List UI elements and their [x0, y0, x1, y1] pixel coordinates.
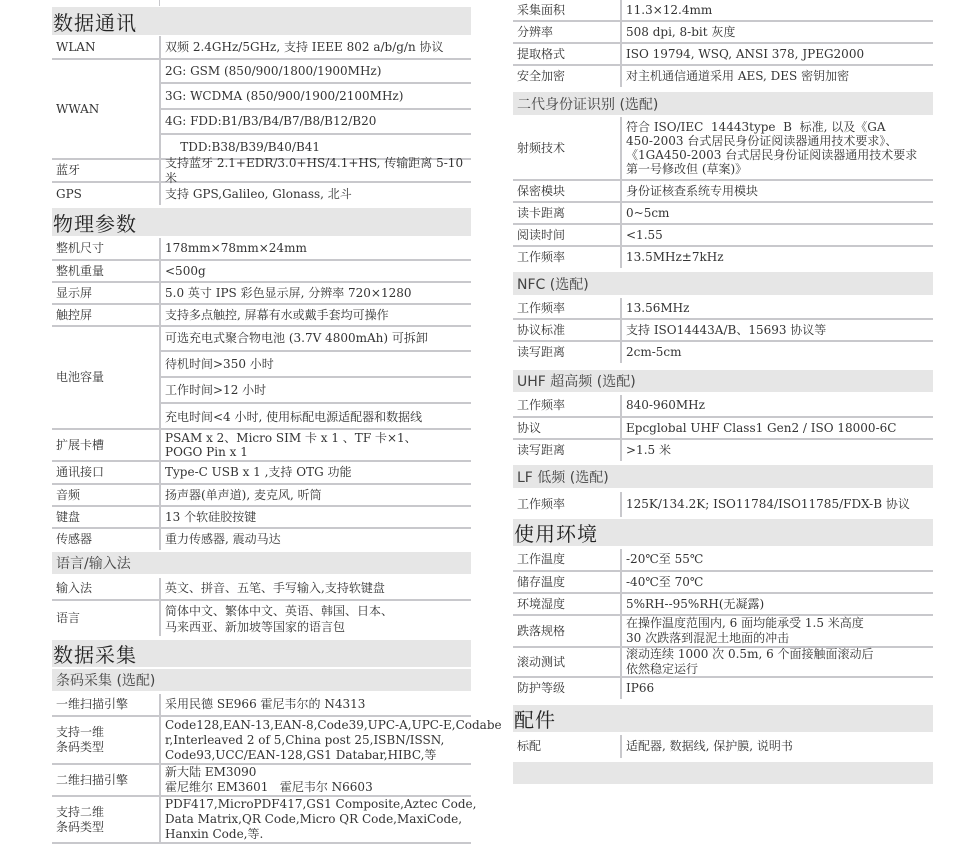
row-label: 阅读时间: [513, 225, 620, 245]
table-row: 二维扫描引擎 新大陆 EM3090 霍尼维尔 EM3601 霍尼韦尔 N6603: [52, 765, 471, 797]
row-label: 储存温度: [513, 572, 620, 592]
table-row: 蓝牙 支持蓝牙 2.1+EDR/3.0+HS/4.1+HS, 传输距离 5-10…: [52, 160, 471, 183]
row-label: 传感器: [52, 529, 159, 550]
row-value: 508 dpi, 8-bit 灰度: [620, 22, 933, 42]
row-label: 整机尺寸: [52, 238, 159, 259]
table-row: 保密模块 身份证核查系统专用模块: [513, 181, 933, 203]
physical-table: 整机尺寸 178mm×78mm×24mm 整机重量 <500g 显示屏 5.0 …: [52, 238, 471, 550]
row-value: 在操作温度范围内, 6 面均能承受 1.5 米高度 30 次跌落到混泥土地面的冲…: [620, 616, 933, 646]
row-label: 协议标准: [513, 320, 620, 340]
table-row: 扩展卡槽 PSAM x 2、Micro SIM 卡 x 1 、TF 卡×1、 P…: [52, 430, 471, 462]
table-row: 标配 适配器, 数据线, 保护膜, 说明书: [513, 735, 933, 758]
section-subtitle-barcode: 条码采集 (选配): [52, 669, 471, 691]
row-value: 双频 2.4GHz/5GHz, 支持 IEEE 802 a/b/g/n 协议: [159, 36, 471, 58]
row-value: -40℃至 70℃: [620, 572, 933, 592]
row-label: 工作频率: [513, 247, 620, 268]
value-line: 工作时间>12 小时: [161, 378, 471, 404]
section-subtitle-uhf: UHF 超高频 (选配): [513, 370, 933, 392]
row-label: 扩展卡槽: [52, 430, 159, 460]
footer-band: [513, 762, 933, 784]
row-label: 工作频率: [513, 395, 620, 416]
row-value: 125K/134.2K; ISO11784/ISO11785/FDX-B 协议: [620, 492, 933, 517]
table-row: 语言 简体中文、繁体中文、英语、韩国、日本、 马来西亚、新加坡等国家的语言包: [52, 601, 471, 636]
table-row: 整机尺寸 178mm×78mm×24mm: [52, 238, 471, 261]
row-value: 对主机通信通道采用 AES, DES 密钥加密: [620, 66, 933, 87]
row-value: -20℃至 55℃: [620, 549, 933, 570]
row-label: 跌落规格: [513, 616, 620, 646]
nfc-table: 工作频率 13.56MHz 协议标准 支持 ISO14443A/B、15693 …: [513, 298, 933, 363]
row-label: 安全加密: [513, 66, 620, 87]
row-label: WWAN: [52, 60, 159, 158]
section-title-data-comm: 数据通讯: [52, 7, 471, 35]
row-value: 11.3×12.4mm: [620, 0, 933, 20]
table-row: 工作频率 840-960MHz: [513, 395, 933, 418]
row-value: 840-960MHz: [620, 395, 933, 416]
row-label: 语言: [52, 601, 159, 636]
row-label: 读写距离: [513, 342, 620, 363]
value-line: 3G: WCDMA (850/900/1900/2100MHz): [161, 84, 471, 110]
row-value: IP66: [620, 678, 933, 699]
table-row: 读写距离 2cm-5cm: [513, 342, 933, 363]
data-comm-table: WLAN 双频 2.4GHz/5GHz, 支持 IEEE 802 a/b/g/n…: [52, 36, 471, 205]
section-title-physical: 物理参数: [52, 208, 471, 236]
row-value: 适配器, 数据线, 保护膜, 说明书: [620, 735, 933, 758]
table-row: 分辨率 508 dpi, 8-bit 灰度: [513, 22, 933, 44]
row-label: 标配: [513, 735, 620, 758]
row-label: 采集面积: [513, 0, 620, 20]
row-value: PSAM x 2、Micro SIM 卡 x 1 、TF 卡×1、 POGO P…: [159, 430, 471, 460]
table-row: 显示屏 5.0 英寸 IPS 彩色显示屏, 分辨率 720×1280: [52, 283, 471, 305]
table-row: WWAN 2G: GSM (850/900/1800/1900MHz) 3G: …: [52, 60, 471, 160]
table-row: 工作频率 125K/134.2K; ISO11784/ISO11785/FDX-…: [513, 492, 933, 517]
table-row: GPS 支持 GPS,Galileo, Glonass, 北斗: [52, 183, 471, 205]
row-value-group: 可选充电式聚合物电池 (3.7V 4800mAh) 可拆卸 待机时间>350 小…: [159, 327, 471, 428]
row-label: 工作频率: [513, 298, 620, 318]
fingerprint-table: 采集面积 11.3×12.4mm 分辨率 508 dpi, 8-bit 灰度 提…: [513, 0, 933, 87]
row-label: 键盘: [52, 507, 159, 527]
row-value: 13.5MHz±7kHz: [620, 247, 933, 268]
section-subtitle-language: 语言/输入法: [52, 552, 471, 574]
row-label: 触控屏: [52, 305, 159, 325]
section-title-data-capture: 数据采集: [52, 640, 471, 667]
table-row: 整机重量 <500g: [52, 261, 471, 283]
row-label: WLAN: [52, 36, 159, 58]
row-label: 电池容量: [52, 327, 159, 428]
row-label: 工作温度: [513, 549, 620, 570]
table-row: 协议 Epcglobal UHF Class1 Gen2 / ISO 18000…: [513, 418, 933, 440]
row-label: 提取格式: [513, 44, 620, 64]
row-value: 支持多点触控, 屏幕有水或戴手套均可操作: [159, 305, 471, 325]
section-title-accessories: 配件: [513, 705, 933, 732]
row-value: 采用民德 SE966 霍尼韦尔的 N4313: [159, 694, 471, 715]
row-label: 蓝牙: [52, 160, 159, 181]
row-label: 工作频率: [513, 492, 620, 517]
row-value: Type-C USB x 1 ,支持 OTG 功能: [159, 462, 471, 483]
section-title-environment: 使用环境: [513, 519, 933, 546]
divider: [159, 0, 160, 6]
row-value-group: 2G: GSM (850/900/1800/1900MHz) 3G: WCDMA…: [159, 60, 471, 158]
id-card-table: 射频技术 符合 ISO/IEC 14443type B 标准, 以及《GA 45…: [513, 117, 933, 268]
row-value: Code128,EAN-13,EAN-8,Code39,UPC-A,UPC-E,…: [159, 717, 502, 763]
row-value: 符合 ISO/IEC 14443type B 标准, 以及《GA 450-200…: [620, 117, 933, 179]
row-value: 支持蓝牙 2.1+EDR/3.0+HS/4.1+HS, 传输距离 5-10 米: [159, 160, 471, 181]
row-label: 支持二维 条码类型: [52, 797, 159, 842]
row-label: 整机重量: [52, 261, 159, 281]
table-row: 工作频率 13.5MHz±7kHz: [513, 247, 933, 268]
barcode-table: 一维扫描引擎 采用民德 SE966 霍尼韦尔的 N4313 支持一维 条码类型 …: [52, 694, 471, 844]
row-label: 一维扫描引擎: [52, 694, 159, 715]
row-value: 5.0 英寸 IPS 彩色显示屏, 分辨率 720×1280: [159, 283, 471, 303]
row-value: 支持 ISO14443A/B、15693 协议等: [620, 320, 933, 340]
row-label: 支持一维 条码类型: [52, 717, 159, 763]
table-row: WLAN 双频 2.4GHz/5GHz, 支持 IEEE 802 a/b/g/n…: [52, 36, 471, 60]
table-row: 阅读时间 <1.55: [513, 225, 933, 247]
row-value: 滚动连续 1000 次 0.5m, 6 个面接触面滚动后 依然稳定运行: [620, 648, 933, 676]
row-value: 2cm-5cm: [620, 342, 933, 363]
table-row: 键盘 13 个软硅胶按键: [52, 507, 471, 529]
table-row: 触控屏 支持多点触控, 屏幕有水或戴手套均可操作: [52, 305, 471, 327]
row-value: 扬声器(单声道), 麦克风, 听筒: [159, 485, 471, 505]
table-row: 工作频率 13.56MHz: [513, 298, 933, 320]
table-row: 储存温度 -40℃至 70℃: [513, 572, 933, 594]
value-line: 充电时间<4 小时, 使用标配电源适配器和数据线: [161, 404, 471, 430]
row-label: 防护等级: [513, 678, 620, 699]
table-row: 安全加密 对主机通信通道采用 AES, DES 密钥加密: [513, 66, 933, 87]
table-row: 通讯接口 Type-C USB x 1 ,支持 OTG 功能: [52, 462, 471, 485]
environment-table: 工作温度 -20℃至 55℃ 储存温度 -40℃至 70℃ 环境湿度 5%RH-…: [513, 549, 933, 699]
row-value: 新大陆 EM3090 霍尼维尔 EM3601 霍尼韦尔 N6603: [159, 765, 471, 795]
row-value: 178mm×78mm×24mm: [159, 238, 471, 259]
table-row: 提取格式 ISO 19794, WSQ, ANSI 378, JPEG2000: [513, 44, 933, 66]
row-value: >1.5 米: [620, 440, 933, 461]
lf-table: 工作频率 125K/134.2K; ISO11784/ISO11785/FDX-…: [513, 492, 933, 517]
table-row: 滚动测试 滚动连续 1000 次 0.5m, 6 个面接触面滚动后 依然稳定运行: [513, 648, 933, 678]
table-row: 电池容量 可选充电式聚合物电池 (3.7V 4800mAh) 可拆卸 待机时间>…: [52, 327, 471, 430]
table-row: 支持一维 条码类型 Code128,EAN-13,EAN-8,Code39,UP…: [52, 717, 471, 765]
row-label: 输入法: [52, 578, 159, 599]
row-value: <1.55: [620, 225, 933, 245]
row-value: 支持 GPS,Galileo, Glonass, 北斗: [159, 183, 471, 205]
row-label: 分辨率: [513, 22, 620, 42]
value-line: 可选充电式聚合物电池 (3.7V 4800mAh) 可拆卸: [161, 327, 471, 352]
table-row: 一维扫描引擎 采用民德 SE966 霍尼韦尔的 N4313: [52, 694, 471, 717]
table-row: 采集面积 11.3×12.4mm: [513, 0, 933, 22]
row-label: 二维扫描引擎: [52, 765, 159, 795]
table-row: 协议标准 支持 ISO14443A/B、15693 协议等: [513, 320, 933, 342]
row-label: 滚动测试: [513, 648, 620, 676]
value-line: 4G: FDD:B1/B3/B4/B7/B8/B12/B20: [161, 110, 471, 135]
section-subtitle-nfc: NFC (选配): [513, 272, 933, 295]
table-row: 读写距离 >1.5 米: [513, 440, 933, 461]
row-value: 英文、拼音、五笔、手写输入,支持软键盘: [159, 578, 471, 599]
section-subtitle-id-card: 二代身份证识别 (选配): [513, 92, 933, 115]
uhf-table: 工作频率 840-960MHz 协议 Epcglobal UHF Class1 …: [513, 395, 933, 461]
table-row: 射频技术 符合 ISO/IEC 14443type B 标准, 以及《GA 45…: [513, 117, 933, 181]
row-value: ISO 19794, WSQ, ANSI 378, JPEG2000: [620, 44, 933, 64]
row-label: 显示屏: [52, 283, 159, 303]
table-row: 输入法 英文、拼音、五笔、手写输入,支持软键盘: [52, 578, 471, 601]
table-row: 工作温度 -20℃至 55℃: [513, 549, 933, 572]
row-value: PDF417,MicroPDF417,GS1 Composite,Aztec C…: [159, 797, 476, 842]
row-label: 协议: [513, 418, 620, 438]
accessories-table: 标配 适配器, 数据线, 保护膜, 说明书: [513, 735, 933, 758]
row-value: 5%RH--95%RH(无凝露): [620, 594, 933, 614]
row-value: 0~5cm: [620, 203, 933, 223]
row-label: 读写距离: [513, 440, 620, 461]
row-label: 环境湿度: [513, 594, 620, 614]
language-table: 输入法 英文、拼音、五笔、手写输入,支持软键盘 语言 简体中文、繁体中文、英语、…: [52, 578, 471, 636]
row-value: 13.56MHz: [620, 298, 933, 318]
row-value: 重力传感器, 震动马达: [159, 529, 471, 550]
table-row: 传感器 重力传感器, 震动马达: [52, 529, 471, 550]
value-line: 待机时间>350 小时: [161, 352, 471, 378]
value-line: 2G: GSM (850/900/1800/1900MHz): [161, 60, 471, 84]
table-row: 防护等级 IP66: [513, 678, 933, 699]
table-row: 支持二维 条码类型 PDF417,MicroPDF417,GS1 Composi…: [52, 797, 471, 844]
row-value: 身份证核查系统专用模块: [620, 181, 933, 201]
row-label: 保密模块: [513, 181, 620, 201]
table-row: 音频 扬声器(单声道), 麦克风, 听筒: [52, 485, 471, 507]
row-label: 读卡距离: [513, 203, 620, 223]
section-subtitle-lf: LF 低频 (选配): [513, 465, 933, 488]
row-value: 简体中文、繁体中文、英语、韩国、日本、 马来西亚、新加坡等国家的语言包: [159, 601, 471, 636]
table-row: 环境湿度 5%RH--95%RH(无凝露): [513, 594, 933, 616]
table-row: 跌落规格 在操作温度范围内, 6 面均能承受 1.5 米高度 30 次跌落到混泥…: [513, 616, 933, 648]
row-label: 音频: [52, 485, 159, 505]
row-label: 射频技术: [513, 117, 620, 179]
table-row: 读卡距离 0~5cm: [513, 203, 933, 225]
row-label: 通讯接口: [52, 462, 159, 483]
row-value: 13 个软硅胶按键: [159, 507, 471, 527]
row-value: <500g: [159, 261, 471, 281]
row-value: Epcglobal UHF Class1 Gen2 / ISO 18000-6C: [620, 418, 933, 438]
row-label: GPS: [52, 183, 159, 205]
